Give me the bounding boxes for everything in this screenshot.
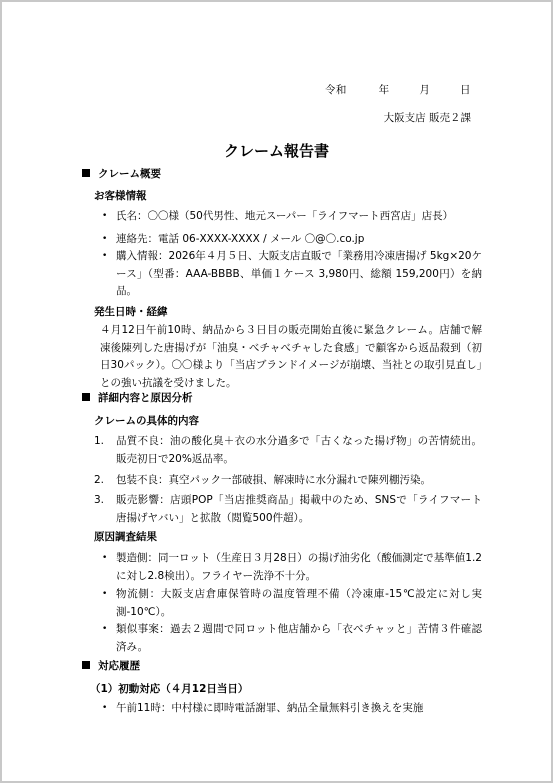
subsection-heading-initial-response: （1）初動対応（４月12日当日） <box>90 681 248 696</box>
list-item: • 物流側：大阪支店倉庫保管時の温度管理不備（冷凍庫-15℃設定に対し実測-10… <box>102 586 482 621</box>
bullet-icon: • <box>102 586 107 604</box>
document-page: 令和 年 月 日 大阪支店 販売２課 クレーム報告書 クレーム概要 お客様情報 … <box>0 0 553 783</box>
occurrence-paragraph: ４月12日午前10時、納品から３日目の販売開始直後に緊急クレーム。店舗で解凍後陳… <box>100 322 482 392</box>
subsection-heading-claim-details: クレームの具体的内容 <box>94 413 199 428</box>
department-line: 大阪支店 販売２課 <box>384 110 471 125</box>
bullet-icon: • <box>102 700 107 718</box>
list-item: • 氏名：〇〇様（50代男性、地元スーパー「ライフマート西宮店」店長） <box>102 208 482 226</box>
numbered-item: 1. 品質不良：油の酸化臭＋衣の水分過多で「古くなった揚げ物」の苦情続出。販売初… <box>94 433 482 468</box>
month-label: 月 <box>419 82 430 97</box>
list-item: • 午前11時：中村様に即時電話謝罪、納品全量無料引き換えを実施 <box>102 700 502 718</box>
bullet-icon: • <box>102 248 107 266</box>
day-label: 日 <box>460 82 471 97</box>
subsection-heading-occurrence: 発生日時・経緯 <box>94 304 168 319</box>
date-line: 令和 年 月 日 <box>325 82 471 97</box>
bullet-icon: • <box>102 621 107 639</box>
document-title: クレーム報告書 <box>2 140 551 161</box>
square-bullet-icon <box>82 393 90 401</box>
bullet-icon: • <box>102 208 107 226</box>
bullet-icon: • <box>102 550 107 568</box>
section-heading-overview: クレーム概要 <box>82 166 161 181</box>
subsection-heading-cause: 原因調査結果 <box>94 529 157 544</box>
list-item: • 類似事案：過去２週間で同ロット他店舗から「衣べチャッと」苦情３件確認済み。 <box>102 621 482 656</box>
numbered-item: 3. 販売影響：店頭POP「当店推奨商品」掲載中のため、SNSで「ライフマート唐… <box>94 492 482 527</box>
era-label: 令和 <box>325 82 347 97</box>
bullet-icon: • <box>102 231 107 249</box>
list-item: • 連絡先：電話 06-XXXX-XXXX / メール 〇@〇.co.jp <box>102 231 482 249</box>
square-bullet-icon <box>82 661 90 669</box>
square-bullet-icon <box>82 169 90 177</box>
list-item: • 購入情報：2026年４月５日、大阪支店直販で「業務用冷凍唐揚げ 5kg×20… <box>102 248 482 301</box>
section-heading-response-history: 対応履歴 <box>82 658 140 673</box>
section-heading-analysis: 詳細内容と原因分析 <box>82 390 193 405</box>
numbered-item: 2. 包装不良：真空パック一部破損、解凍時に水分漏れで陳列棚汚染。 <box>94 472 482 490</box>
subsection-heading-customer-info: お客様情報 <box>94 188 147 203</box>
list-item: • 製造側：同一ロット（生産日３月28日）の揚げ油劣化（酸価測定で基準値1.2に… <box>102 550 482 585</box>
year-label: 年 <box>379 82 390 97</box>
